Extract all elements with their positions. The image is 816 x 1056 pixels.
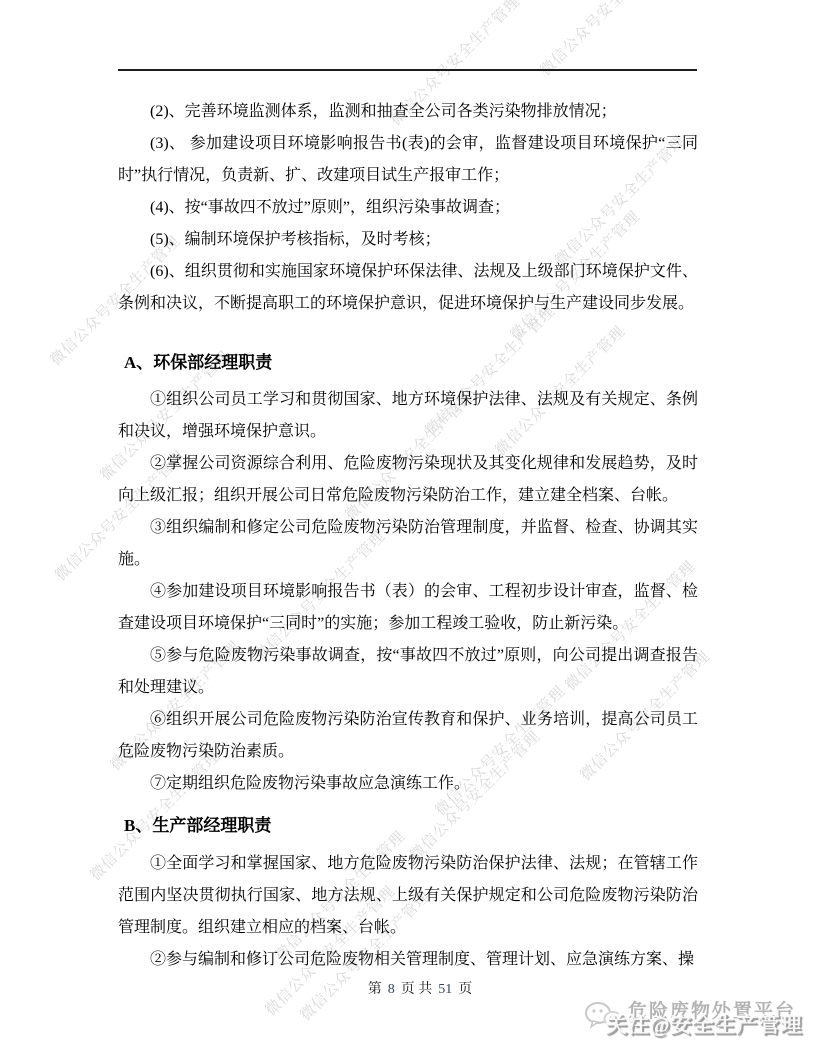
paragraph: ②掌握公司资源综合利用、危险废物污染现状及其变化规律和发展趋势，及时向上级汇报；…	[118, 448, 698, 512]
paragraph: ③组织编制和修定公司危险废物污染防治管理制度，并监督、检查、协调其实施。	[118, 512, 698, 576]
document-body: (2)、完善环境监测体系，监测和抽查全公司各类污染物排放情况； (3)、 参加建…	[118, 96, 698, 976]
paragraph: (3)、 参加建设项目环境影响报告书(表)的会审，监督建设项目环境保护“三同时”…	[118, 128, 698, 192]
paragraph: (4)、按“事故四不放过”原则”，组织污染事故调查；	[118, 192, 698, 224]
current-page-number: 8	[388, 982, 395, 997]
paragraph: ④参加建设项目环境影响报告书（表）的会审、工程初步设计审查，监督、检查建设项目环…	[118, 576, 698, 640]
paragraph: (2)、完善环境监测体系，监测和抽查全公司各类污染物排放情况；	[118, 96, 698, 128]
page-number-prefix: 第	[368, 982, 382, 997]
page-number-suffix: 页	[458, 982, 472, 997]
page-number-mid: 页 共	[401, 982, 433, 997]
section-b-heading: B、生产部经理职责	[124, 810, 698, 842]
document-page: 微信公众号安全生产管理微信公众号安全生产管理微信公众号安全生产管理微信公众号安全…	[0, 0, 816, 1056]
total-page-number: 51	[438, 982, 452, 997]
paragraph: (5)、编制环境保护考核指标，及时考核；	[118, 224, 698, 256]
paragraph: ⑤参与危险废物污染事故调查，按“事故四不放过”原则，向公司提出调查报告和处理建议…	[118, 640, 698, 704]
header-rule	[118, 69, 697, 71]
watermark-text: 微信公众号安全生产管理	[535, 0, 674, 80]
brand-logo: 危险废物处置平台 关注@安全生产管理	[584, 996, 816, 1056]
section-a-heading: A、环保部经理职责	[124, 347, 698, 379]
paragraph: ⑥组织开展公司危险废物污染防治宣传教育和保护、业务培训，提高公司员工危险废物污染…	[118, 704, 698, 768]
paragraph: ⑦定期组织危险废物污染事故应急演练工作。	[118, 768, 698, 800]
paragraph: ②参与编制和修订公司危险废物相关管理制度、管理计划、应急演练方案、操	[118, 944, 698, 976]
paragraph: ①组织公司员工学习和贯彻国家、地方环境保护法律、法规及有关规定、条例和决议，增强…	[118, 384, 698, 448]
follow-account-text: 关注@安全生产管理	[606, 1009, 803, 1039]
page-number: 第8页 共51页	[118, 978, 698, 998]
paragraph: (6)、组织贯彻和实施国家环境保护环保法律、法规及上级部门环境保护文件、条例和决…	[118, 256, 698, 320]
paragraph: ①全面学习和掌握国家、地方危险废物污染防治保护法律、法规；在管辖工作范围内坚决贯…	[118, 848, 698, 944]
